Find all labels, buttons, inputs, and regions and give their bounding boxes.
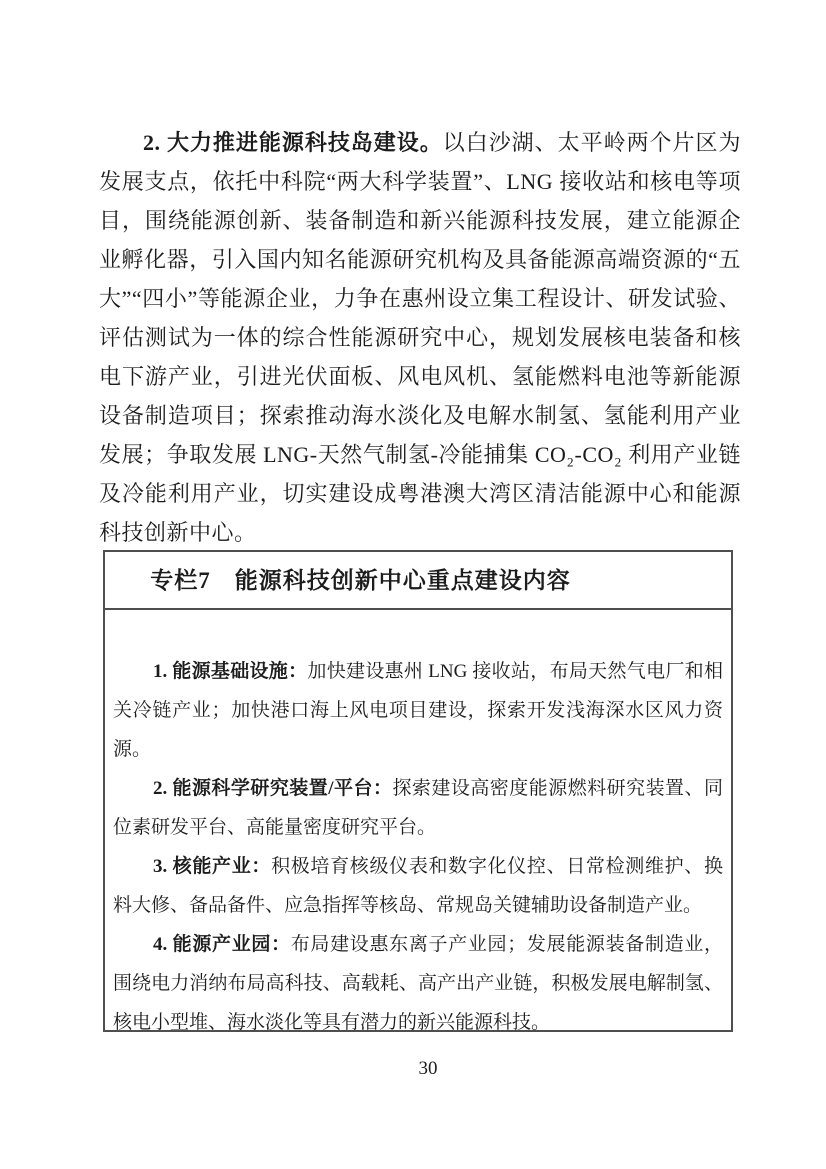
panel-body: 1. 能源基础设施：加快建设惠州 LNG 接收站，布局天然气电厂和相关冷链产业；… [105, 610, 731, 1042]
panel-item-lead: 4. 能源产业园： [153, 934, 291, 955]
panel-item: 1. 能源基础设施：加快建设惠州 LNG 接收站，布局天然气电厂和相关冷链产业；… [113, 652, 723, 769]
panel-item: 3. 核能产业：积极培育核级仪表和数字化仪控、日常检测维护、换料大修、备品备件、… [113, 847, 723, 925]
panel-item: 4. 能源产业园：布局建设惠东离子产业园；发展能源装备制造业，围绕电力消纳布局高… [113, 925, 723, 1042]
panel-item-lead: 3. 核能产业： [153, 856, 271, 877]
panel-box: 专栏7 能源科技创新中心重点建设内容 1. 能源基础设施：加快建设惠州 LNG … [103, 550, 733, 1032]
panel-item-lead: 2. 能源科学研究装置/平台： [153, 778, 392, 799]
panel-title: 专栏7 能源科技创新中心重点建设内容 [105, 552, 731, 610]
body-paragraph: 2. 大力推进能源科技岛建设。以白沙湖、太平岭两个片区为发展支点，依托中科院“两… [99, 123, 741, 552]
page-number: 30 [99, 1058, 757, 1080]
paragraph-text: 以白沙湖、太平岭两个片区为发展支点，依托中科院“两大科学装置”、LNG 接收站和… [99, 130, 741, 545]
panel-item-lead: 1. 能源基础设施： [153, 661, 307, 682]
paragraph-lead: 2. 大力推进能源科技岛建设。 [143, 130, 443, 155]
panel-item: 2. 能源科学研究装置/平台：探索建设高密度能源燃料研究装置、同位素研发平台、高… [113, 769, 723, 847]
document-page: 2. 大力推进能源科技岛建设。以白沙湖、太平岭两个片区为发展支点，依托中科院“两… [0, 0, 826, 1169]
